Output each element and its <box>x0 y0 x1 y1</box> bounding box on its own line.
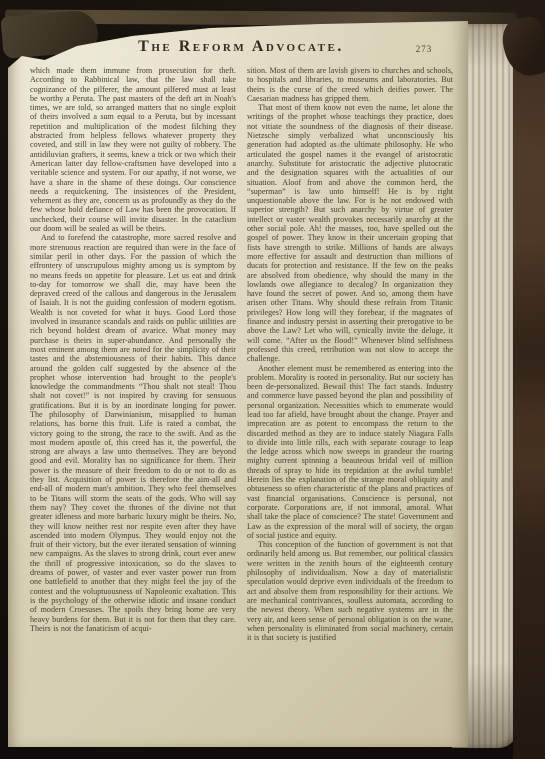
book-page: The Reform Advocate. 273 which made them… <box>8 14 468 747</box>
paragraph: That most of them know not even the name… <box>247 103 453 363</box>
text-column-left: which made them immune from prosecution … <box>30 66 236 642</box>
paragraph: which made them immune from prosecution … <box>30 66 236 233</box>
paragraph: And to forefend the catastrophe, more sa… <box>30 233 236 633</box>
page-title: The Reform Advocate. <box>138 38 344 55</box>
book-cover-spine <box>513 58 545 759</box>
text-column-right: sition. Most of them are lavish givers t… <box>247 66 453 642</box>
text-block: which made them immune from prosecution … <box>30 66 453 642</box>
paragraph: sition. Most of them are lavish givers t… <box>247 66 453 103</box>
paragraph: This conception of the function of gover… <box>247 540 453 642</box>
paragraph: Another element must be remembered as en… <box>247 364 453 541</box>
page-number: 273 <box>406 44 442 54</box>
